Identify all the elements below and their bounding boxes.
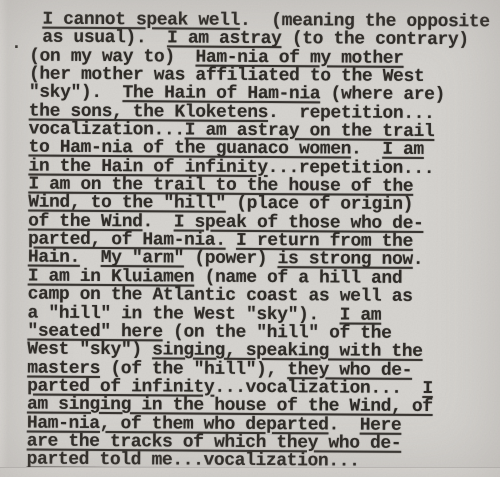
underlined-text: Hain.: [28, 248, 80, 268]
scanned-page: . I cannot speak well. (meaning the oppo…: [0, 0, 500, 477]
underlined-text: masters: [27, 358, 100, 378]
plain-text: .: [351, 140, 382, 160]
plain-text: .: [413, 250, 424, 270]
underlined-text: I am: [340, 305, 382, 325]
underlined-text: My "arm": [101, 248, 184, 269]
plain-text: [80, 248, 101, 268]
scan-edge-left: [0, 0, 8, 477]
plain-text: .: [328, 415, 359, 435]
plain-text: .: [142, 212, 173, 232]
underlined-text: parted told me: [27, 450, 173, 471]
underlined-text: I: [422, 379, 433, 399]
text-line: parted told me...vocalization...: [27, 451, 499, 472]
underlined-text: Here: [360, 415, 402, 435]
underlined-text: I am: [382, 140, 424, 160]
document-lines: I cannot speak well. (meaning the opposi…: [27, 11, 500, 472]
margin-dot: .: [11, 34, 22, 54]
plain-text: ...vocalization...: [172, 451, 359, 472]
